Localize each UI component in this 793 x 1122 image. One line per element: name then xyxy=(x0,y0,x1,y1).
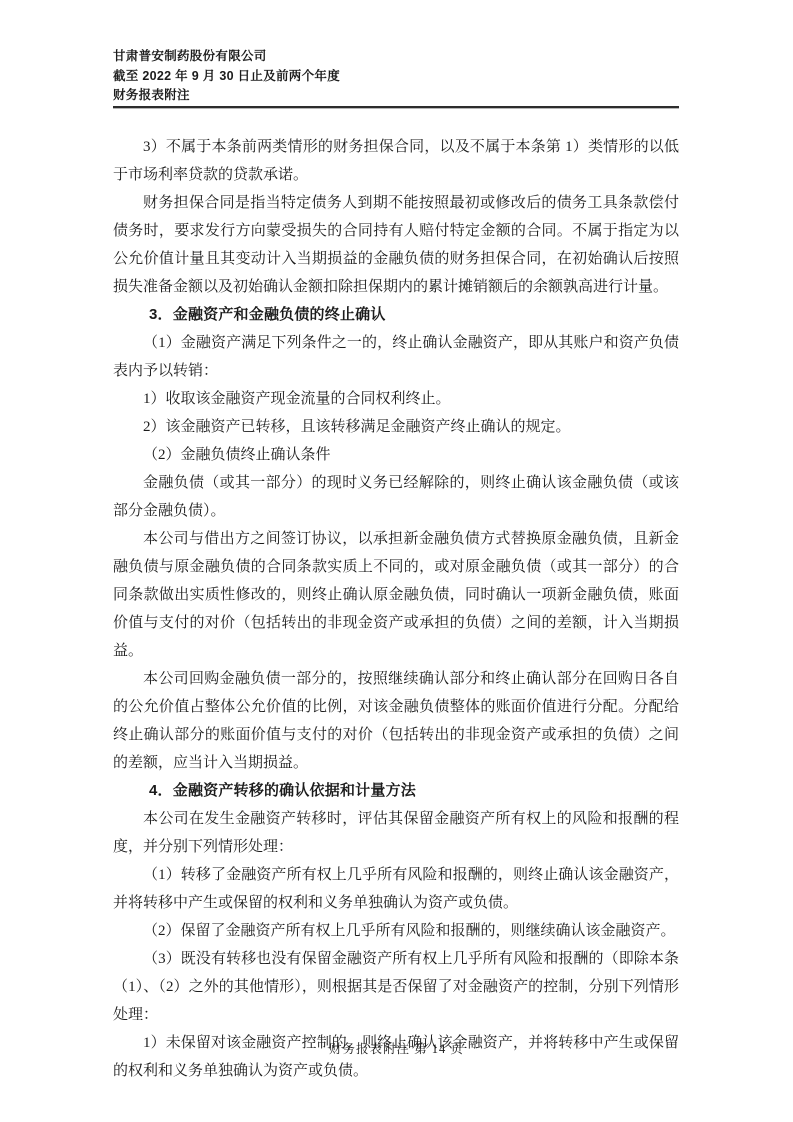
header-divider xyxy=(113,106,679,109)
paragraph: （2）保留了金融资产所有权上几乎所有风险和报酬的，则继续确认该金融资产。 xyxy=(113,917,679,945)
section-heading-3: 3．金融资产和金融负债的终止确认 xyxy=(113,301,679,329)
paragraph: 2）该金融资产已转移，且该转移满足金融资产终止确认的规定。 xyxy=(113,413,679,441)
paragraph: 本公司与借出方之间签订协议，以承担新金融负债方式替换原金融负债，且新金融负债与原… xyxy=(113,525,679,665)
company-name: 甘肃普安制药股份有限公司 xyxy=(113,47,679,67)
page-header: 甘肃普安制药股份有限公司 截至 2022 年 9 月 30 日止及前两个年度 财… xyxy=(113,47,679,106)
page-footer: 财务报表附注 第 14 页 xyxy=(0,1039,793,1059)
document-page: 甘肃普安制药股份有限公司 截至 2022 年 9 月 30 日止及前两个年度 财… xyxy=(0,0,793,1122)
paragraph: （1）金融资产满足下列条件之一的，终止确认金融资产，即从其账户和资产负债表内予以… xyxy=(113,329,679,385)
paragraph: 3）不属于本条前两类情形的财务担保合同，以及不属于本条第 1）类情形的以低于市场… xyxy=(113,133,679,189)
paragraph: 金融负债（或其一部分）的现时义务已经解除的，则终止确认该金融负债（或该部分金融负… xyxy=(113,469,679,525)
document-body: 3）不属于本条前两类情形的财务担保合同，以及不属于本条第 1）类情形的以低于市场… xyxy=(113,133,679,1085)
paragraph: （1）转移了金融资产所有权上几乎所有风险和报酬的，则终止确认该金融资产，并将转移… xyxy=(113,861,679,917)
paragraph: （2）金融负债终止确认条件 xyxy=(113,441,679,469)
paragraph: 本公司回购金融负债一部分的，按照继续确认部分和终止确认部分在回购日各自的公允价值… xyxy=(113,665,679,777)
document-title: 财务报表附注 xyxy=(113,86,679,106)
paragraph: 财务担保合同是指当特定债务人到期不能按照最初或修改后的债务工具条款偿付债务时，要… xyxy=(113,189,679,301)
paragraph: 1）收取该金融资产现金流量的合同权利终止。 xyxy=(113,385,679,413)
paragraph: （3）既没有转移也没有保留金融资产所有权上几乎所有风险和报酬的（即除本条（1）、… xyxy=(113,945,679,1029)
report-period: 截至 2022 年 9 月 30 日止及前两个年度 xyxy=(113,67,679,87)
paragraph: 本公司在发生金融资产转移时，评估其保留金融资产所有权上的风险和报酬的程度，并分别… xyxy=(113,805,679,861)
section-heading-4: 4．金融资产转移的确认依据和计量方法 xyxy=(113,777,679,805)
